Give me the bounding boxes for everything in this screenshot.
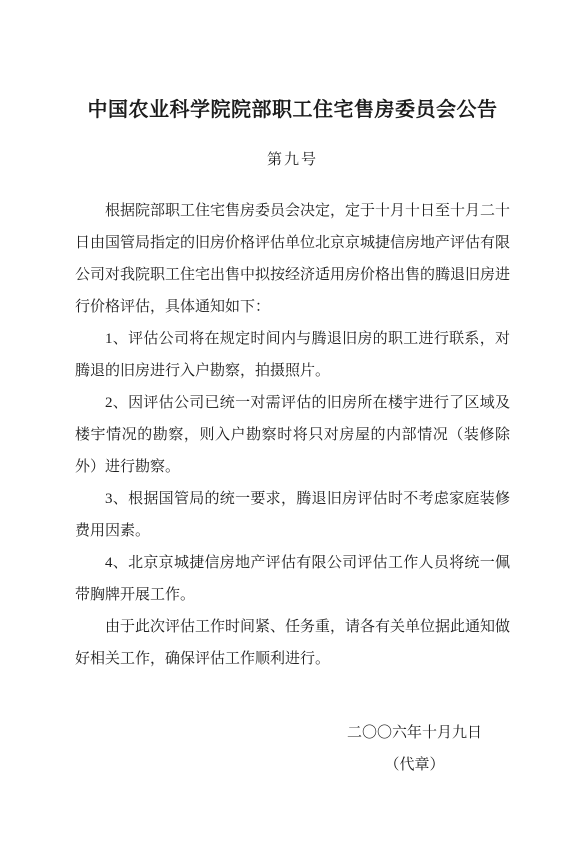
- document-body: 根据院部职工住宅售房委员会决定，定于十月十日至十月二十日由国管局指定的旧房价格评…: [75, 195, 510, 675]
- closing-paragraph: 由于此次评估工作时间紧、任务重，请各有关单位据此通知做好相关工作，确保评估工作顺…: [75, 611, 510, 675]
- seal-note: （代章）: [384, 749, 444, 781]
- item-4-paragraph: 4、北京京城捷信房地产评估有限公司评估工作人员将统一佩带胸牌开展工作。: [75, 547, 510, 611]
- item-1-paragraph: 1、评估公司将在规定时间内与腾退旧房的职工进行联系，对腾退的旧房进行入户勘察，拍…: [75, 323, 510, 387]
- document-date: 二〇〇六年十月九日: [347, 717, 482, 749]
- item-3-paragraph: 3、根据国管局的统一要求，腾退旧房评估时不考虑家庭装修费用因素。: [75, 483, 510, 547]
- document-number: 第九号: [75, 144, 510, 176]
- document-title: 中国农业科学院院部职工住宅售房委员会公告: [75, 0, 510, 124]
- item-2-paragraph: 2、因评估公司已统一对需评估的旧房所在楼宇进行了区域及楼宇情况的勘察，则入户勘察…: [75, 387, 510, 483]
- document-page: 中国农业科学院院部职工住宅售房委员会公告 第九号 根据院部职工住宅售房委员会决定…: [0, 0, 585, 851]
- signature-block: 二〇〇六年十月九日 （代章）: [347, 717, 482, 781]
- intro-paragraph: 根据院部职工住宅售房委员会决定，定于十月十日至十月二十日由国管局指定的旧房价格评…: [75, 195, 510, 323]
